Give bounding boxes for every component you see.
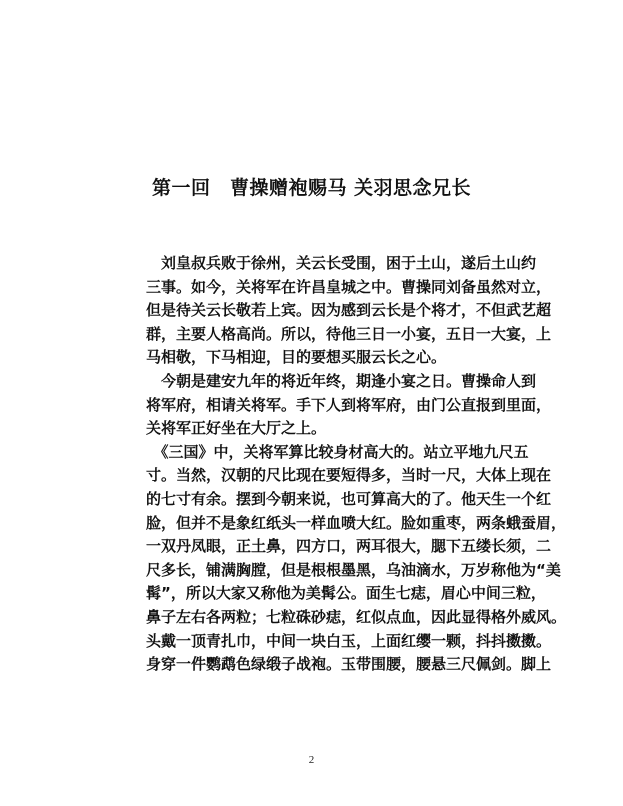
document-page: 第一回 曹操赠袍赐马 关羽思念兄长 刘皇叔兵败于徐州，关云长受围，困于土山，遂后… — [0, 0, 623, 806]
text-line: 鼻子左右各两粒；七粒硃砂痣，红似点血，因此显得格外威风。 — [146, 606, 490, 630]
text-line: 三事。如今，关将军在许昌皇城之中。曹操同刘备虽然对立， — [146, 276, 490, 300]
text-line: 今朝是建安九年的将近年终，期逢小宴之日。曹操命人到 — [146, 370, 490, 394]
text-line: 关将军正好坐在大厅之上。 — [146, 417, 490, 441]
text-line: 刘皇叔兵败于徐州，关云长受围，困于土山，遂后土山约 — [146, 252, 490, 276]
text-line: 的七寸有余。摆到今朝来说，也可算高大的了。他天生一个红 — [146, 488, 490, 512]
paragraph-2: 今朝是建安九年的将近年终，期逢小宴之日。曹操命人到 将军府，相请关将军。手下人到… — [146, 370, 490, 441]
paragraph-3: 《三国》中，关将军算比较身材高大的。站立平地九尺五 寸。当然，汉朝的尺比现在要短… — [146, 441, 490, 677]
chapter-title: 第一回 曹操赠袍赐马 关羽思念兄长 — [0, 176, 623, 200]
text-line: 一双丹凤眼，正土鼻，四方口，两耳很大，腮下五缕长须，二 — [146, 535, 490, 559]
text-line: 马相敬，下马相迎，目的要想买服云长之心。 — [146, 346, 490, 370]
body-text: 刘皇叔兵败于徐州，关云长受围，困于土山，遂后土山约 三事。如今，关将军在许昌皇城… — [146, 252, 490, 677]
text-line: 但是待关云长敬若上宾。因为感到云长是个将才，不但武艺超 — [146, 299, 490, 323]
text-line: 髯”，所以大家又称他为美髯公。面生七痣，眉心中间三粒， — [146, 582, 490, 606]
text-line: 尺多长，铺满胸膛，但是根根墨黑，乌油滴水，万岁称他为“美 — [146, 559, 490, 583]
page-number: 2 — [0, 754, 623, 766]
text-line: 群，主要人格高尚。所以，待他三日一小宴，五日一大宴，上 — [146, 323, 490, 347]
text-line: 脸，但并不是象红纸头一样血喷大红。脸如重枣，两条蛾蚕眉， — [146, 512, 490, 536]
text-line: 身穿一件鹦鹉色绿缎子战袍。玉带围腰，腰悬三尺佩剑。脚上 — [146, 653, 490, 677]
text-line: 《三国》中，关将军算比较身材高大的。站立平地九尺五 — [146, 441, 490, 465]
text-line: 将军府，相请关将军。手下人到将军府，由门公直报到里面， — [146, 394, 490, 418]
text-line: 寸。当然，汉朝的尺比现在要短得多，当时一尺，大体上现在 — [146, 464, 490, 488]
paragraph-1: 刘皇叔兵败于徐州，关云长受围，困于土山，遂后土山约 三事。如今，关将军在许昌皇城… — [146, 252, 490, 370]
text-line: 头戴一顶青扎巾，中间一块白玉，上面红缨一颗，抖抖擞擞。 — [146, 630, 490, 654]
